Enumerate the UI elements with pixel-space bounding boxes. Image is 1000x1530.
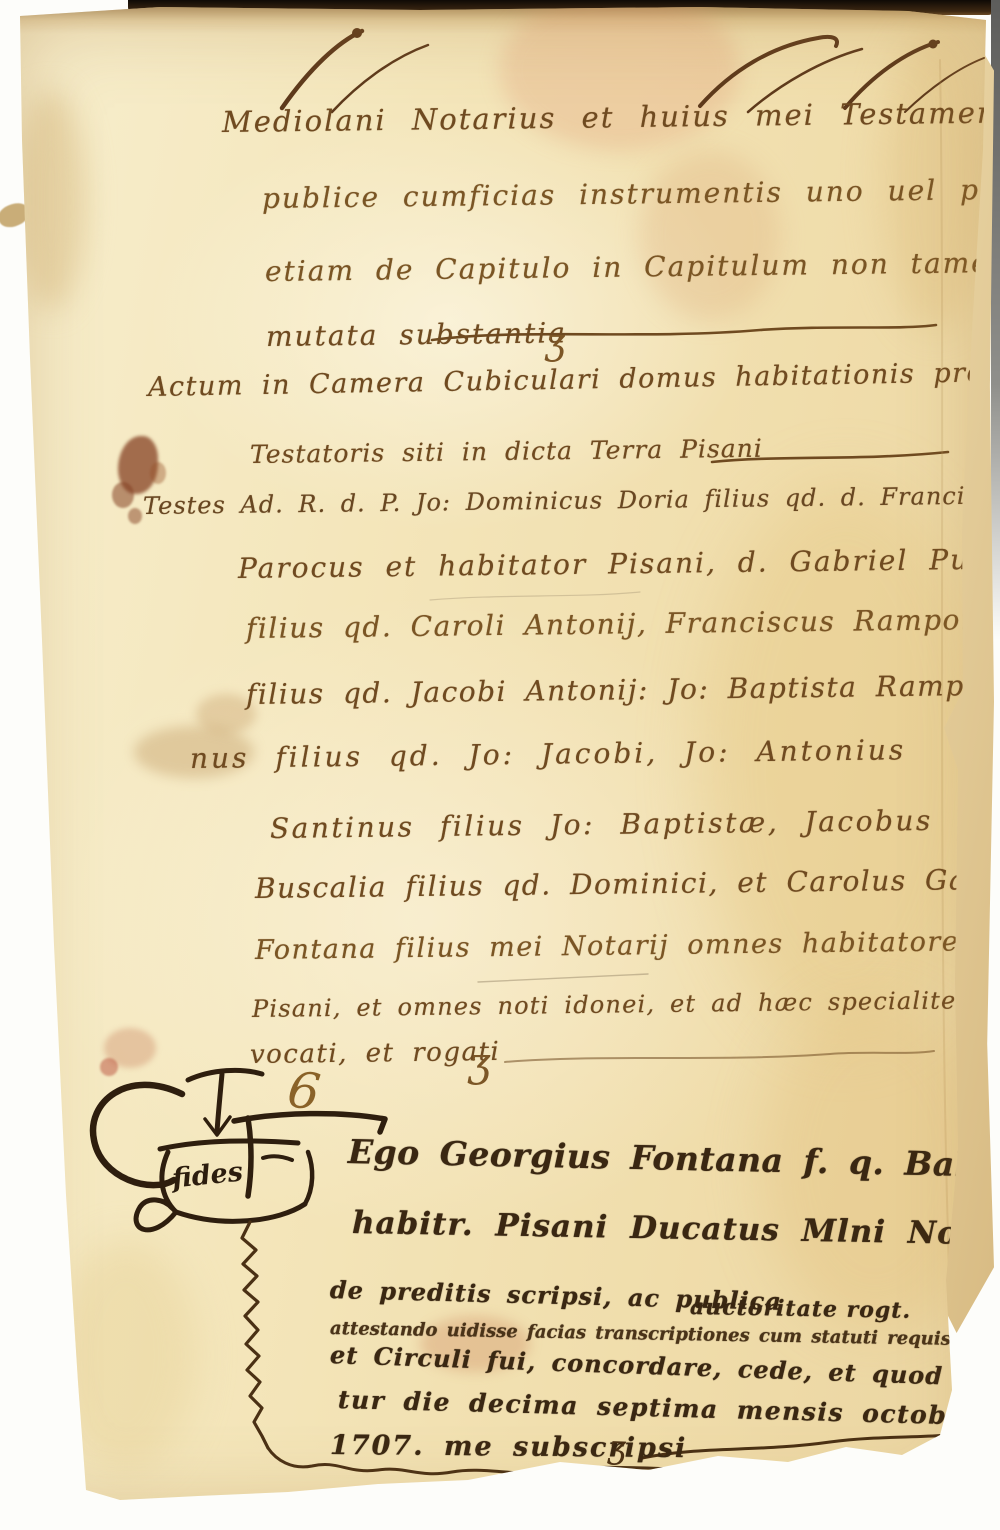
- manuscript-scan: Mediolani Notarius et huius mei Testamen…: [0, 0, 1000, 1530]
- page-vignette: [0, 0, 1000, 1530]
- manuscript-page: Mediolani Notarius et huius mei Testamen…: [0, 0, 1000, 1530]
